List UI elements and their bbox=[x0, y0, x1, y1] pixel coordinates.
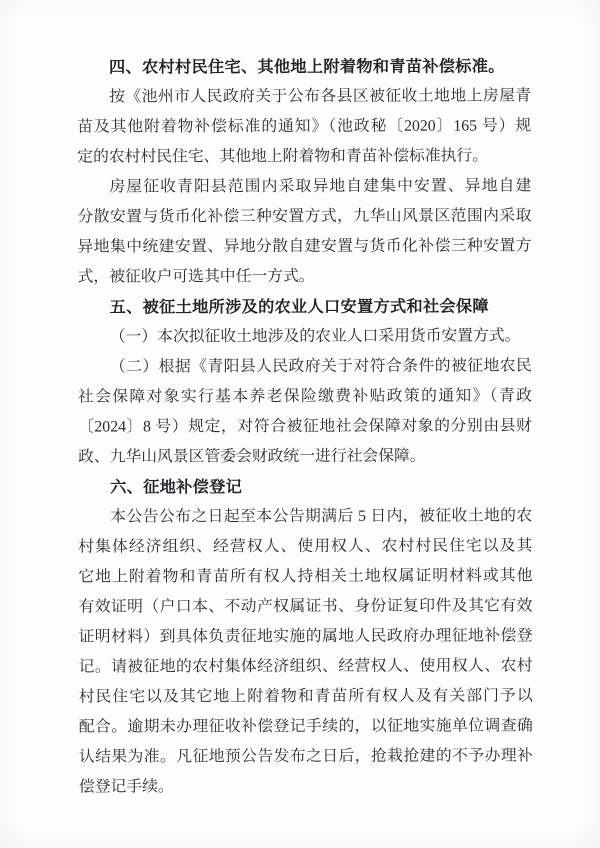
text-line: 村民住宅以及其它地上附着物和青苗所有权人及有关部门予以 bbox=[79, 681, 533, 712]
text-line: （二）根据《青阳县人民政府关于对符合条件的被征地农民 bbox=[78, 351, 532, 382]
text-line: 有效证明（户口本、不动产权属证书、身份证复印件及其它有效 bbox=[78, 591, 532, 622]
text-line: 社会保障对象实行基本养老保险缴费补贴政策的通知》（青政 bbox=[78, 381, 532, 412]
text-line: 偿登记手续。 bbox=[79, 771, 533, 802]
text-line: 按《池州市人民政府关于公布各县区被征收土地地上房屋青 bbox=[77, 81, 531, 112]
text-line: 配合。逾期未办理征收补偿登记手续的，以征地实施单位调查确 bbox=[79, 711, 533, 742]
text-line: 证明材料）到具体负责征地实施的属地人民政府办理征地补偿登 bbox=[78, 621, 532, 652]
text-line: 定的农村村民住宅、其他地上附着物和青苗补偿标准执行。 bbox=[77, 141, 531, 172]
text-line: 式，被征收户可选其中任一方式。 bbox=[78, 261, 532, 292]
section-heading: 五、被征土地所涉及的农业人口安置方式和社会保障 bbox=[78, 291, 532, 322]
section-heading: 六、征地补偿登记 bbox=[78, 471, 532, 502]
text-line: 〔2024〕8 号）规定，对符合被征地社会保障对象的分别由县财 bbox=[78, 411, 532, 442]
section-heading: 四、农村村民住宅、其他地上附着物和青苗补偿标准。 bbox=[77, 51, 531, 82]
document-content: 四、农村村民住宅、其他地上附着物和青苗补偿标准。按《池州市人民政府关于公布各县区… bbox=[77, 51, 533, 802]
text-line: （一）本次拟征收土地涉及的农业人口采用货币安置方式。 bbox=[78, 321, 532, 352]
text-line: 认结果为准。凡征地预公告发布之日后，抢栽抢建的不予办理补 bbox=[79, 741, 533, 772]
text-line: 它地上附着物和青苗所有权人持相关土地权属证明材料或其他 bbox=[78, 561, 532, 592]
text-line: 村集体经济组织、经营权人、使用权人、农村村民住宅以及其 bbox=[78, 531, 532, 562]
text-line: 政、九华山风景区管委会财政统一进行社会保障。 bbox=[78, 441, 532, 472]
scanned-document-page: 四、农村村民住宅、其他地上附着物和青苗补偿标准。按《池州市人民政府关于公布各县区… bbox=[0, 0, 600, 848]
text-line: 记。请被征地的农村集体经济组织、经营权人、使用权人、农村 bbox=[79, 651, 533, 682]
text-line: 异地集中统建安置、异地分散自建安置与货币化补偿三种安置方 bbox=[77, 231, 531, 262]
text-line: 苗及其他附着物补偿标准的通知》（池政秘〔2020〕165 号）规 bbox=[77, 111, 531, 142]
text-line: 本公告公布之日起至本公告期满后 5 日内，被征收土地的农 bbox=[78, 501, 532, 532]
text-line: 房屋征收青阳县范围内采取异地自建集中安置、异地自建 bbox=[77, 171, 531, 202]
text-line: 分散安置与货币化补偿三种安置方式，九华山风景区范围内采取 bbox=[77, 201, 531, 232]
